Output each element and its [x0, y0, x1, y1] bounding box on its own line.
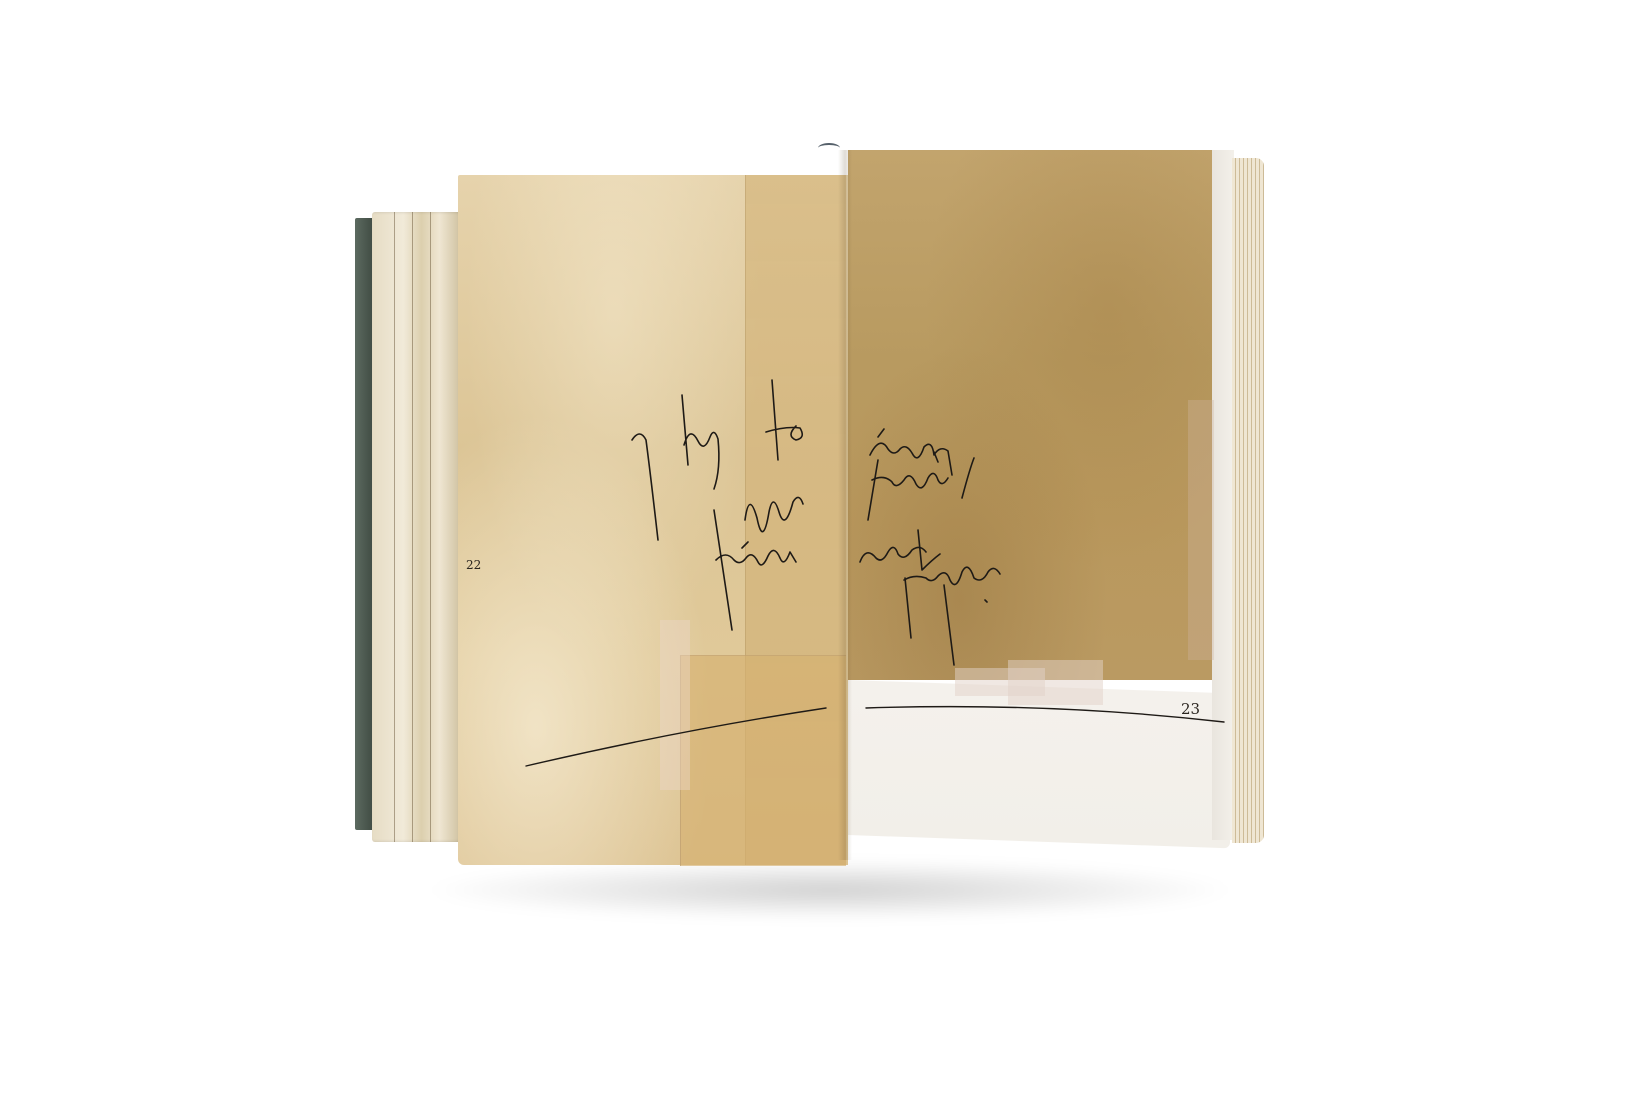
- handwriting-ink: [0, 0, 1647, 1115]
